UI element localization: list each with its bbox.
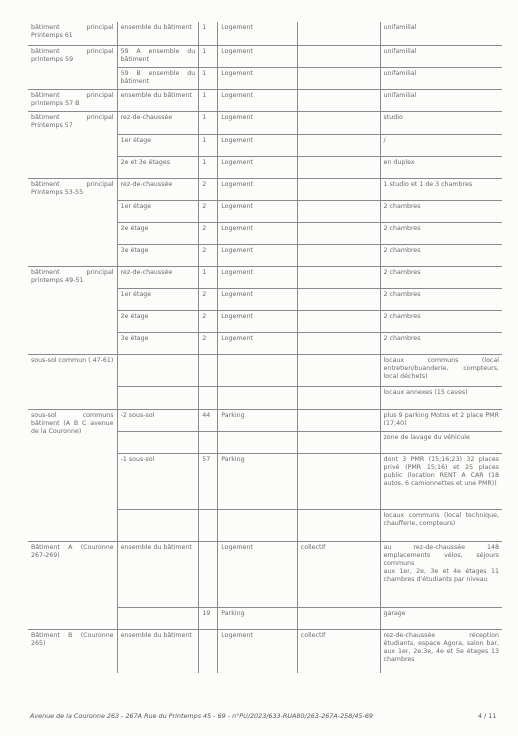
building-cell: bâtiment principal Printemps 61 [28,22,117,45]
remarks-cell: locaux annexes (15 caves) [380,386,502,409]
use-cell: Logement [218,89,298,111]
remarks-cell: 2 chambres [380,332,502,354]
use-cell: Logement [218,134,298,156]
count-cell [199,354,218,386]
type-cell [297,386,380,409]
location-cell: ensemble du bâtiment [117,541,199,607]
location-cell: 59 A ensemble du bâtiment [117,45,199,67]
use-cell: Logement [218,244,298,266]
count-cell: 2 [199,178,218,200]
type-cell [297,332,380,354]
location-cell: -2 sous-sol [117,409,199,431]
location-cell: 1er étage [117,134,199,156]
table-row: Bâtiment A (Couronne 267-269) ensemble d… [28,541,502,607]
remarks-cell: unifamilial [380,45,502,67]
table-row: bâtiment principal Printemps 61 ensemble… [28,22,502,45]
location-cell: ensemble du bâtiment [117,89,199,111]
location-cell: 3e étage [117,332,199,354]
building-cell: Bâtiment B (Couronne 265) [28,629,117,673]
count-cell: 1 [199,134,218,156]
use-cell [218,386,298,409]
remarks-cell: unifamilial [380,22,502,45]
count-cell: 1 [199,266,218,288]
count-cell: 19 [199,607,218,629]
location-cell [117,431,199,453]
page-number: 4 / 11 [478,712,496,720]
use-cell [218,354,298,386]
location-cell [117,607,199,629]
use-cell: Logement [218,222,298,244]
remarks-cell: 2 chambres [380,288,502,310]
count-cell [199,629,218,673]
use-cell: Logement [218,156,298,178]
table-row: Bâtiment B (Couronne 265) ensemble du bâ… [28,629,502,673]
location-cell: 2e et 3e étages [117,156,199,178]
location-cell: rez-de-chaussée [117,178,199,200]
remarks-cell: 1 studio et 1 de 3 chambres [380,178,502,200]
type-cell [297,354,380,386]
location-cell [117,509,199,541]
use-cell: Logement [218,22,298,45]
type-cell [297,111,380,134]
remarks-cell: locaux communs (local technique, chauffe… [380,509,502,541]
count-cell: 1 [199,156,218,178]
table-row: bâtiment principal Printemps 57 rez-de-c… [28,111,502,134]
building-cell: bâtiment principal Printemps 53-55 [28,178,117,266]
location-cell: rez-de-chaussée [117,266,199,288]
location-cell: 2e étage [117,310,199,332]
table-row: bâtiment principal printemps 57 B ensemb… [28,89,502,111]
table-row: bâtiment principal printemps 59 59 A ens… [28,45,502,67]
building-cell: sous-sol commun ( 47-61) [28,354,117,409]
remarks-cell: 2 chambres [380,200,502,222]
remarks-cell: 2 chambres [380,222,502,244]
location-cell [117,354,199,386]
remarks-cell: au rez-de-chaussée 148 emplacements vélo… [380,541,502,607]
type-cell [297,200,380,222]
type-cell [297,89,380,111]
type-cell [297,509,380,541]
count-cell: 1 [199,67,218,89]
location-cell [117,386,199,409]
use-cell: Logement [218,310,298,332]
location-cell: ensemble du bâtiment [117,629,199,673]
remarks-cell: rez-de-chaussée réception étudiants, esp… [380,629,502,673]
page-footer: Avenue de la Couronne 263 - 267A Rue du … [30,712,500,720]
location-cell: 59 B ensemble du bâtiment [117,67,199,89]
remarks-cell: unifamilial [380,67,502,89]
location-cell: ensemble du bâtiment [117,22,199,45]
remarks-cell: 2 chambres [380,244,502,266]
type-cell [297,266,380,288]
type-cell: collectif [297,541,380,607]
building-cell: bâtiment principal printemps 59 [28,45,117,89]
count-cell: 57 [199,453,218,509]
location-cell: 1er étage [117,200,199,222]
remarks-cell: / [380,134,502,156]
building-cell: sous-sol communs bâtiment (A B C avenue … [28,409,117,541]
remarks-cell: 2 chambres [380,266,502,288]
table-row: sous-sol commun ( 47-61) locaux communs … [28,354,502,386]
count-cell: 2 [199,244,218,266]
remarks-cell: dont 3 PMR (15;16;23) 32 places privé (P… [380,453,502,509]
footer-address: Avenue de la Couronne 263 - 267A Rue du … [30,712,373,720]
type-cell [297,67,380,89]
count-cell: 2 [199,332,218,354]
type-cell [297,453,380,509]
remarks-cell: zone de lavage du véhicule [380,431,502,453]
type-cell [297,22,380,45]
remarks-cell: studio [380,111,502,134]
count-cell [199,386,218,409]
type-cell [297,310,380,332]
count-cell: 2 [199,200,218,222]
building-cell: bâtiment principal Printemps 57 [28,111,117,178]
building-cell: Bâtiment A (Couronne 267-269) [28,541,117,629]
type-cell [297,156,380,178]
use-cell: Logement [218,266,298,288]
remarks-cell: garage [380,607,502,629]
count-cell: 1 [199,22,218,45]
use-cell: Logement [218,629,298,673]
location-cell: -1 sous-sol [117,453,199,509]
type-cell: collectif [297,629,380,673]
table-row: bâtiment principal Printemps 53-55 rez-d… [28,178,502,200]
remarks-cell: unifamilial [380,89,502,111]
count-cell: 2 [199,288,218,310]
count-cell [199,431,218,453]
type-cell [297,45,380,67]
use-cell: Logement [218,332,298,354]
location-cell: rez-de-chaussée [117,111,199,134]
count-cell: 1 [199,45,218,67]
building-units-table: bâtiment principal Printemps 61 ensemble… [28,22,502,673]
count-cell: 2 [199,310,218,332]
count-cell: 2 [199,222,218,244]
type-cell [297,409,380,431]
count-cell [199,541,218,607]
use-cell: Logement [218,67,298,89]
type-cell [297,244,380,266]
use-cell: Logement [218,200,298,222]
count-cell: 44 [199,409,218,431]
location-cell: 1er étage [117,288,199,310]
building-cell: bâtiment principal printemps 57 B [28,89,117,111]
count-cell: 1 [199,111,218,134]
type-cell [297,178,380,200]
use-cell: Parking [218,453,298,509]
use-cell [218,509,298,541]
remarks-cell: locaux communs (local entretien/buanderi… [380,354,502,386]
building-cell: bâtiment principal printemps 49-51 [28,266,117,354]
use-cell: Logement [218,288,298,310]
use-cell [218,431,298,453]
count-cell: 1 [199,89,218,111]
type-cell [297,288,380,310]
count-cell [199,509,218,541]
location-cell: 2e étage [117,222,199,244]
table-row: bâtiment principal printemps 49-51 rez-d… [28,266,502,288]
type-cell [297,607,380,629]
use-cell: Logement [218,45,298,67]
use-cell: Logement [218,178,298,200]
use-cell: Logement [218,541,298,607]
type-cell [297,222,380,244]
remarks-cell: plus 9 parking Motos et 2 place PMR (17;… [380,409,502,431]
location-cell: 3e étage [117,244,199,266]
type-cell [297,431,380,453]
table-row: sous-sol communs bâtiment (A B C avenue … [28,409,502,431]
remarks-cell: 2 chambres [380,310,502,332]
use-cell: Parking [218,607,298,629]
use-cell: Logement [218,111,298,134]
remarks-cell: en duplex [380,156,502,178]
type-cell [297,134,380,156]
use-cell: Parking [218,409,298,431]
